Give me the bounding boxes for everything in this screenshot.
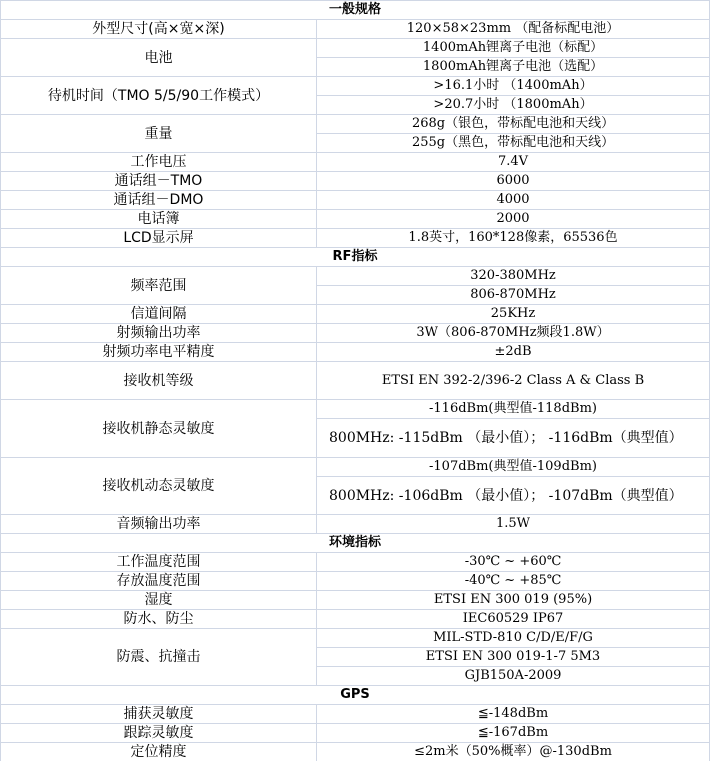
rf-power-label: 射频输出功率 [1, 324, 317, 343]
standby-value-1400: >16.1小时 （1400mAh） [317, 77, 710, 96]
talkgroup-tmo-label: 通话组－TMO [1, 172, 317, 191]
storage-temp-value: -40℃ ~ +85℃ [317, 572, 710, 591]
op-temp-label: 工作温度范围 [1, 553, 317, 572]
track-sensitivity-label: 跟踪灵敏度 [1, 724, 317, 743]
lcd-label: LCD显示屏 [1, 229, 317, 248]
rx-class-value: ETSI EN 392-2/396-2 Class A & Class B [317, 362, 710, 400]
waterproof-value: IEC60529 IP67 [317, 610, 710, 629]
rf-power-value: 3W（806-870MHz频段1.8W） [317, 324, 710, 343]
voltage-label: 工作电压 [1, 153, 317, 172]
battery-label: 电池 [1, 39, 317, 77]
track-sensitivity-value: ≦-167dBm [317, 724, 710, 743]
humidity-value: ETSI EN 300 019 (95%) [317, 591, 710, 610]
freq-value-1: 320-380MHz [317, 267, 710, 286]
waterproof-label: 防水、防尘 [1, 610, 317, 629]
weight-value-silver: 268g（银色，带标配电池和天线） [317, 115, 710, 134]
weight-label: 重量 [1, 115, 317, 153]
static-sensitivity-value-2: 800MHz: -115dBm （最小值）； -116dBm（典型值） [317, 419, 710, 458]
shock-value-gjb: GJB150A-2009 [317, 667, 710, 686]
shock-value-mil: MIL-STD-810 C/D/E/F/G [317, 629, 710, 648]
position-accuracy-value: ≤2m米（50%概率）@-130dBm [317, 743, 710, 761]
freq-label: 频率范围 [1, 267, 317, 305]
position-accuracy-label: 定位精度 [1, 743, 317, 761]
phonebook-value: 2000 [317, 210, 710, 229]
talkgroup-dmo-label: 通话组－DMO [1, 191, 317, 210]
acq-sensitivity-label: 捕获灵敏度 [1, 705, 317, 724]
shock-value-etsi: ETSI EN 300 019-1-7 5M3 [317, 648, 710, 667]
storage-temp-label: 存放温度范围 [1, 572, 317, 591]
size-value: 120×58×23mm （配备标配电池） [317, 20, 710, 39]
acq-sensitivity-value: ≦-148dBm [317, 705, 710, 724]
dynamic-sensitivity-value-2: 800MHz: -106dBm （最小值）； -107dBm（典型值） [317, 477, 710, 515]
standby-label: 待机时间（TMO 5/5/90工作模式） [1, 77, 317, 115]
spacing-value: 25KHz [317, 305, 710, 324]
battery-value-optional: 1800mAh锂离子电池（选配） [317, 58, 710, 77]
audio-power-label: 音频输出功率 [1, 515, 317, 534]
section-header-rf: RF指标 [1, 248, 710, 267]
size-label: 外型尺寸(高×宽×深) [1, 20, 317, 39]
power-accuracy-value: ±2dB [317, 343, 710, 362]
voltage-value: 7.4V [317, 153, 710, 172]
dynamic-sensitivity-value-1: -107dBm(典型值-109dBm) [317, 458, 710, 477]
talkgroup-dmo-value: 4000 [317, 191, 710, 210]
section-header-general: 一般规格 [1, 1, 710, 20]
shock-label: 防震、抗撞击 [1, 629, 317, 686]
battery-value-standard: 1400mAh锂离子电池（标配） [317, 39, 710, 58]
spec-table: 一般规格 外型尺寸(高×宽×深) 120×58×23mm （配备标配电池） 电池… [0, 0, 710, 761]
spacing-label: 信道间隔 [1, 305, 317, 324]
talkgroup-tmo-value: 6000 [317, 172, 710, 191]
power-accuracy-label: 射频功率电平精度 [1, 343, 317, 362]
rx-class-label: 接收机等级 [1, 362, 317, 400]
static-sensitivity-label: 接收机静态灵敏度 [1, 400, 317, 458]
lcd-value: 1.8英寸，160*128像素，65536色 [317, 229, 710, 248]
humidity-label: 湿度 [1, 591, 317, 610]
freq-value-2: 806-870MHz [317, 286, 710, 305]
section-header-env: 环境指标 [1, 534, 710, 553]
standby-value-1800: >20.7小时 （1800mAh） [317, 96, 710, 115]
weight-value-black: 255g（黑色，带标配电池和天线） [317, 134, 710, 153]
phonebook-label: 电话簿 [1, 210, 317, 229]
op-temp-value: -30℃ ~ +60℃ [317, 553, 710, 572]
static-sensitivity-value-1: -116dBm(典型值-118dBm) [317, 400, 710, 419]
audio-power-value: 1.5W [317, 515, 710, 534]
section-header-gps: GPS [1, 686, 710, 705]
dynamic-sensitivity-label: 接收机动态灵敏度 [1, 458, 317, 515]
